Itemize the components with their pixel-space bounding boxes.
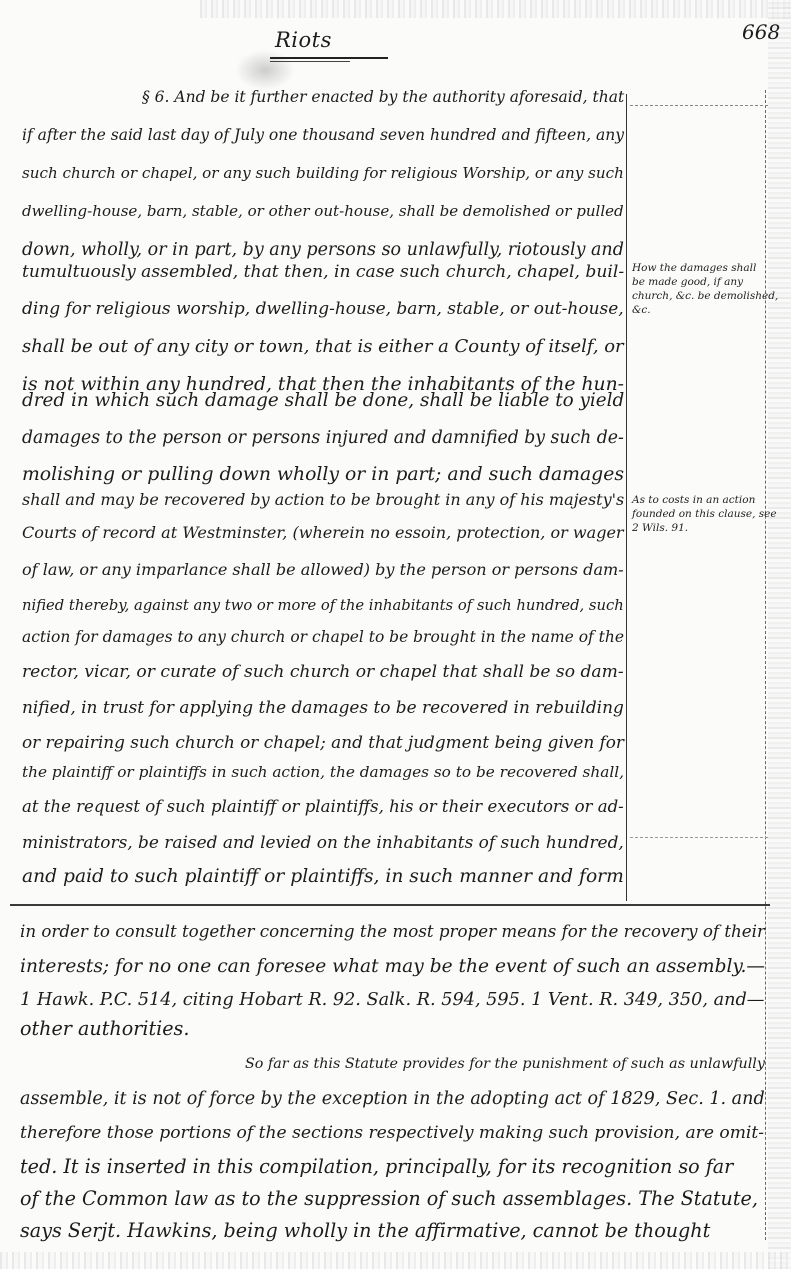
title-underline [270, 57, 388, 59]
text-line: tumultuously assembled, that then, in ca… [22, 262, 624, 282]
text-line: damages to the person or persons injured… [22, 428, 624, 448]
margin-note-line: founded on this clause, see [632, 507, 764, 521]
text-line: and paid to such plaintiff or plaintiffs… [22, 867, 624, 887]
text-line: molishing or pulling down wholly or in p… [22, 465, 624, 485]
text-line: ted. It is inserted in this compilation,… [20, 1157, 765, 1177]
text-line: ministrators, be raised and levied on th… [22, 832, 624, 852]
page-number: 668 [742, 20, 780, 44]
margin-note-line: 2 Wils. 91. [632, 521, 764, 535]
text-line: nified thereby, against any two or more … [22, 596, 624, 616]
text-line: of law, or any imparlance shall be allow… [22, 560, 624, 580]
margin-note-line: How the damages shall [632, 261, 764, 275]
text-line: shall and may be recovered by action to … [22, 490, 624, 510]
text-line: nified, in trust for applying the damage… [22, 697, 624, 717]
text-line: ding for religious worship, dwelling-hou… [22, 299, 624, 319]
page-title: Riots [275, 28, 332, 52]
text-line: of the Common law as to the suppression … [20, 1189, 765, 1209]
text-line: Courts of record at Westminster, (wherei… [22, 523, 624, 543]
text-line: rector, vicar, or curate of such church … [22, 662, 624, 682]
margin-note-costs: As to costs in an action founded on this… [632, 493, 764, 535]
text-line: down, wholly, or in part, by any persons… [22, 240, 624, 260]
text-line: interests; for no one can foresee what m… [20, 957, 765, 977]
margin-rule [626, 94, 627, 901]
text-line: says Serjt. Hawkins, being wholly in the… [20, 1221, 765, 1241]
scan-edge-right [768, 0, 791, 1269]
edge-rule-dotted [765, 90, 766, 1240]
top-rule-dotted [630, 105, 768, 106]
margin-note-line: church, &c. be demolished, [632, 289, 764, 303]
ink-smudge [235, 50, 295, 90]
text-line: other authorities. [20, 1019, 765, 1039]
text-line: 1 Hawk. P.C. 514, citing Hobart R. 92. S… [20, 990, 765, 1010]
text-line: action for damages to any church or chap… [22, 627, 624, 647]
text-line: if after the said last day of July one t… [22, 125, 624, 145]
text-line: at the request of such plaintiff or plai… [22, 797, 624, 817]
margin-note-line: As to costs in an action [632, 493, 764, 507]
text-line: shall be out of any city or town, that i… [22, 337, 624, 357]
scan-noise-top [200, 0, 791, 18]
scan-noise-bottom [0, 1252, 791, 1269]
text-line: in order to consult together concerning … [20, 922, 765, 942]
text-line: So far as this Statute provides for the … [20, 1054, 765, 1074]
margin-note-line: &c. [632, 303, 764, 317]
text-line: the plaintiff or plaintiffs in such acti… [22, 762, 624, 782]
margin-note-damages: How the damages shall be made good, if a… [632, 261, 764, 317]
text-line: assemble, it is not of force by the exce… [20, 1089, 765, 1109]
text-line: § 6. And be it further enacted by the au… [22, 87, 624, 107]
margin-note-line: be made good, if any [632, 275, 764, 289]
margin-bottom-rule-dotted [630, 837, 768, 838]
text-line: dred in which such damage shall be done,… [22, 391, 624, 411]
section-divider [10, 904, 770, 906]
text-line: therefore those portions of the sections… [20, 1123, 765, 1143]
text-line: dwelling-house, barn, stable, or other o… [22, 201, 624, 221]
text-line: or repairing such church or chapel; and … [22, 732, 624, 752]
title-underline-second [270, 61, 350, 62]
text-line: such church or chapel, or any such build… [22, 163, 624, 183]
